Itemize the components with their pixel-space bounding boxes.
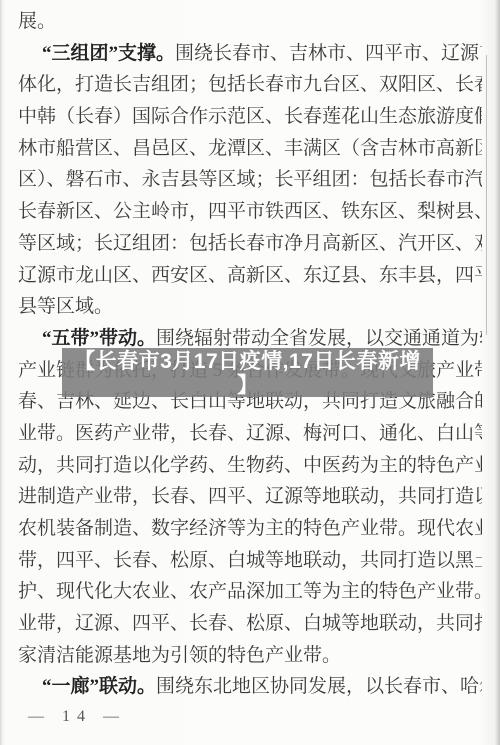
- line-text: 农机装备制造、数字经济等为主的特色产业带。现代农业产业: [18, 518, 482, 539]
- line-text: 带，四平、长春、松原、白城等地联动，共同打造以黑土地保: [18, 550, 482, 571]
- line-text: 体化，打造长吉组团；包括长春市九台区、双阳区、长春新区、: [18, 74, 482, 95]
- text-line: “一廊”联动。围绕东北地区协同发展，以长春市、哈尔滨: [18, 671, 482, 703]
- text-line: 中韩（长春）国际合作示范区、长春莲花山生态旅游度假区，吉: [18, 101, 482, 133]
- line-bold-leadin: “一廊”联动。: [42, 676, 156, 697]
- scan-edge-right: [495, 0, 500, 745]
- overlay-title-line1: 【长春市3月17日疫情,17日长春新增: [62, 348, 433, 374]
- line-text: 围绕长春市、吉林市、四平市、辽源市一: [175, 43, 482, 64]
- text-line: 等区域；长辽组团：包括长春市净月高新区、汽开区、双阳区，: [18, 228, 482, 260]
- line-bold-leadin: “三组团”支撑。: [42, 43, 175, 64]
- text-line: 进制造产业带，长春、四平、辽源等地联动，共同打造以汽车、: [18, 481, 482, 513]
- text-line: 护、现代化大农业、农产品深加工等为主的特色产业带。能源产: [18, 576, 482, 608]
- line-text: 业带。医药产业带，长春、辽源、梅河口、通化、白山等地联: [18, 423, 482, 444]
- page-number: — 14 —: [28, 708, 126, 726]
- line-text: 业带，辽源、四平、长春、松原、白城等地联动，共同打造以国: [18, 613, 482, 634]
- text-line: 林市船营区、昌邑区、龙潭区、丰满区（含吉林市高新区、经开: [18, 133, 482, 165]
- text-line: 农机装备制造、数字经济等为主的特色产业带。现代农业产业: [18, 513, 482, 545]
- overlay-banner: 【长春市3月17日疫情,17日长春新增 】: [62, 348, 433, 397]
- text-line: 体化，打造长吉组团；包括长春市九台区、双阳区、长春新区、: [18, 69, 482, 101]
- line-text: 护、现代化大农业、农产品深加工等为主的特色产业带。能源产: [18, 581, 482, 602]
- text-line: 区）、磐石市、永吉县等区域；长平组团：包括长春市汽开区、: [18, 164, 482, 196]
- line-text: 围绕东北地区协同发展，以长春市、哈尔滨: [156, 676, 482, 697]
- line-text: 中韩（长春）国际合作示范区、长春莲花山生态旅游度假区，吉: [18, 106, 482, 127]
- line-text: 长春新区、公主岭市，四平市铁西区、铁东区、梨树县、双辽市: [18, 201, 482, 222]
- line-text: 林市船营区、昌邑区、龙潭区、丰满区（含吉林市高新区、经开: [18, 138, 482, 159]
- text-line: 动，共同打造以化学药、生物药、中医药为主的特色产业带。先: [18, 450, 482, 482]
- line-text: 围绕辐射带动全省发展，以交通通道为轴线、: [156, 328, 482, 349]
- scan-edge-left: [0, 0, 3, 745]
- text-line: 业带。医药产业带，长春、辽源、梅河口、通化、白山等地联: [18, 418, 482, 450]
- text-line: 辽源市龙山区、西安区、高新区、东辽县、东丰县，四平市伊通: [18, 260, 482, 292]
- text-line: 展。: [18, 6, 482, 38]
- line-text: 进制造产业带，长春、四平、辽源等地联动，共同打造以汽车、: [18, 486, 482, 507]
- line-text: 县等区域。: [18, 296, 113, 317]
- overlay-title-line2: 】: [62, 374, 433, 398]
- line-text: 等区域；长辽组团：包括长春市净月高新区、汽开区、双阳区，: [18, 233, 482, 254]
- text-line: 家清洁能源基地为引领的特色产业带。: [18, 640, 482, 672]
- line-bold-leadin: “五带”带动。: [42, 328, 156, 349]
- text-line: 县等区域。: [18, 291, 482, 323]
- line-text: 家清洁能源基地为引领的特色产业带。: [18, 645, 341, 666]
- scan-edge-line: [486, 55, 487, 335]
- line-text: 展。: [18, 11, 56, 32]
- text-line: 长春新区、公主岭市，四平市铁西区、铁东区、梨树县、双辽市: [18, 196, 482, 228]
- text-line: 业带，辽源、四平、长春、松原、白城等地联动，共同打造以国: [18, 608, 482, 640]
- line-text: 区）、磐石市、永吉县等区域；长平组团：包括长春市汽开区、: [18, 169, 482, 190]
- line-text: 辽源市龙山区、西安区、高新区、东辽县、东丰县，四平市伊通: [18, 265, 482, 286]
- text-line: 带，四平、长春、松原、白城等地联动，共同打造以黑土地保: [18, 545, 482, 577]
- line-text: 动，共同打造以化学药、生物药、中医药为主的特色产业带。先: [18, 455, 482, 476]
- document-page: 展。“三组团”支撑。围绕长春市、吉林市、四平市、辽源市一体化，打造长吉组团；包括…: [0, 0, 500, 745]
- text-line: “三组团”支撑。围绕长春市、吉林市、四平市、辽源市一: [18, 38, 482, 70]
